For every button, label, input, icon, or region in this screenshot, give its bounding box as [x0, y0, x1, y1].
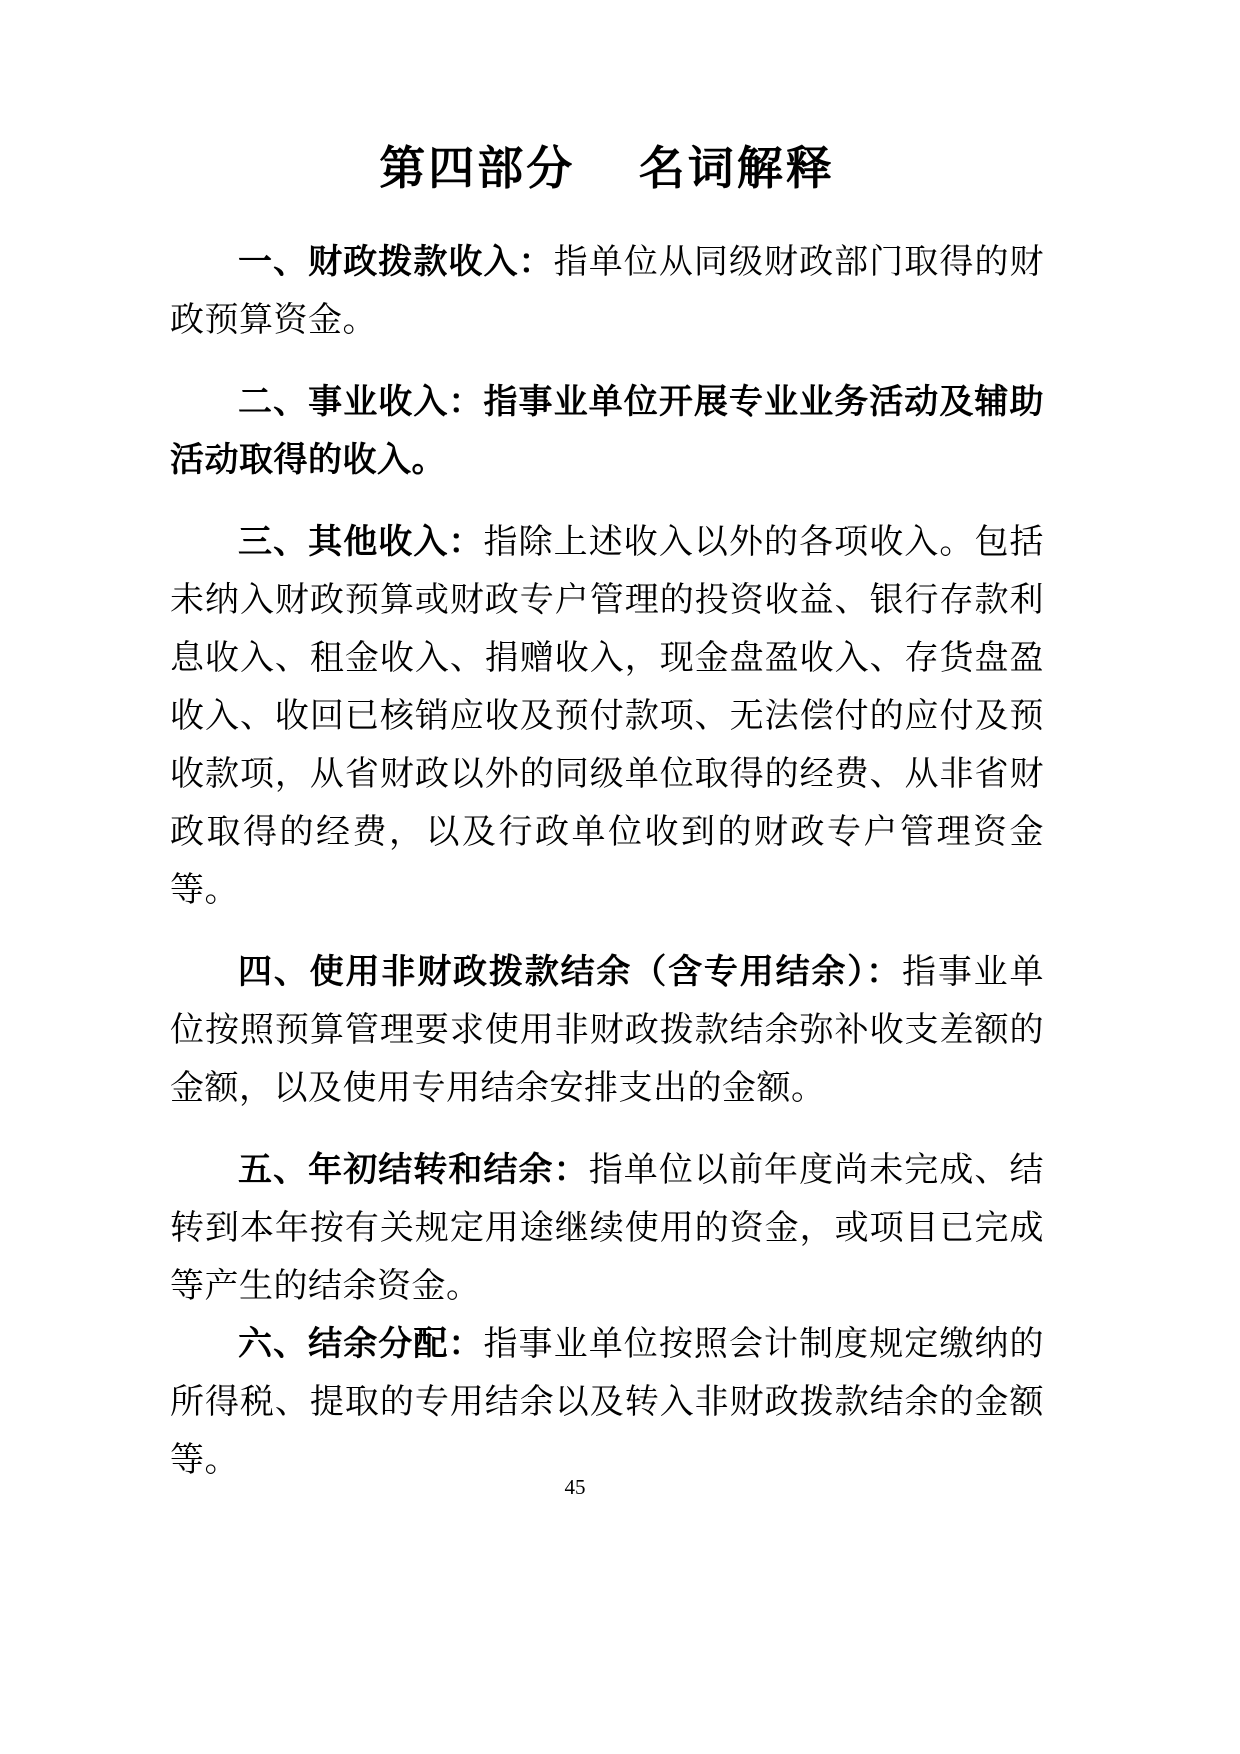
definition-text-3: 指除上述收入以外的各项收入。包括未纳入财政预算或财政专户管理的投资收益、银行存款… [170, 524, 1044, 909]
term-label-3: 三、其他收入： [238, 524, 483, 561]
term-label-6: 六、结余分配： [238, 1326, 483, 1363]
document-page: 第四部分 名词解释 一、财政拨款收入：指单位从同级财政部门取得的财政预算资金。 … [0, 0, 1240, 1754]
page-number: 45 [0, 1474, 1150, 1500]
page-title: 第四部分 名词解释 [170, 138, 1044, 200]
term-label-5: 五、年初结转和结余： [238, 1152, 589, 1189]
glossary-paragraph-3: 三、其他收入：指除上述收入以外的各项收入。包括未纳入财政预算或财政专户管理的投资… [170, 514, 1044, 920]
term-label-4: 四、使用非财政拨款结余（含专用结余）： [238, 954, 902, 991]
glossary-paragraph-4: 四、使用非财政拨款结余（含专用结余）：指事业单位按照预算管理要求使用非财政拨款结… [170, 944, 1044, 1118]
glossary-paragraph-1: 一、财政拨款收入：指单位从同级财政部门取得的财政预算资金。 [170, 234, 1044, 350]
glossary-paragraph-2: 二、事业收入：指事业单位开展专业业务活动及辅助活动取得的收入。 [170, 374, 1044, 490]
term-label-2: 二、事业收入：指事业单位开展专业业务活动及辅助活动取得的收入。 [170, 384, 1044, 479]
glossary-paragraph-5: 五、年初结转和结余：指单位以前年度尚未完成、结转到本年按有关规定用途继续使用的资… [170, 1142, 1044, 1316]
glossary-paragraph-6: 六、结余分配：指事业单位按照会计制度规定缴纳的所得税、提取的专用结余以及转入非财… [170, 1316, 1044, 1490]
term-label-1: 一、财政拨款收入： [238, 244, 554, 281]
